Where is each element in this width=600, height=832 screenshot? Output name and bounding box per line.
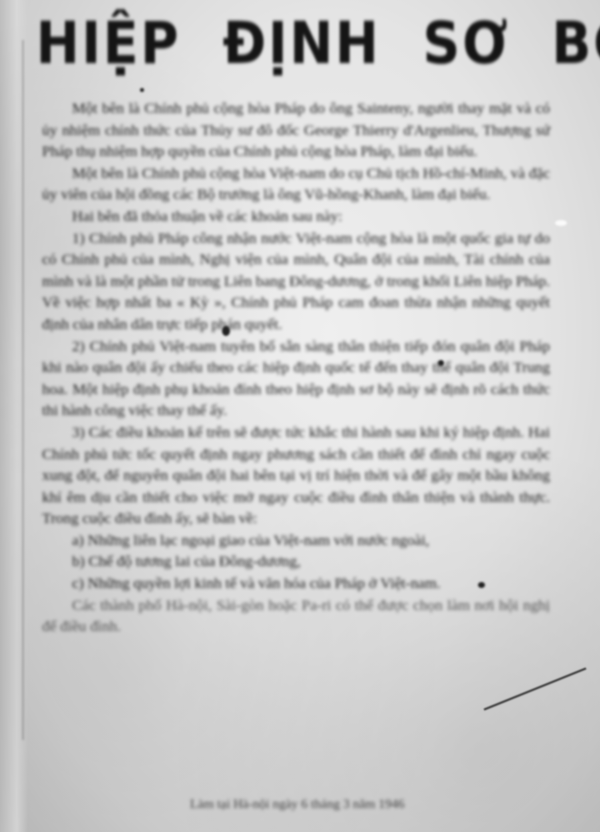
article-3: 3) Các điều khoản kể trên sẽ được tức kh…: [42, 422, 550, 530]
page-fold-line: [22, 40, 24, 740]
document-title: HIỆP ĐỊNH SƠ BỘ: [36, 10, 566, 77]
article-3-item-c: c) Những quyền lợi kinh tế và văn hóa củ…: [42, 573, 550, 595]
signature-date-line: Làm tại Hà-nội ngày 6 tháng 3 năm 1946: [190, 796, 404, 812]
ink-blot: [478, 582, 485, 588]
document-body: Một bên là Chính phủ cộng hòa Pháp do ôn…: [42, 98, 550, 638]
article-2: 2) Chính phủ Việt-nam tuyên bố sẵn sàng …: [42, 336, 550, 422]
intro-paragraph-french-party: Một bên là Chính phủ cộng hòa Pháp do ôn…: [42, 98, 550, 163]
ink-blot: [222, 326, 230, 336]
light-spot: [555, 220, 567, 226]
pen-stroke-mark: [484, 667, 587, 710]
article-3-item-a: a) Những liên lạc ngoại giao của Việt-na…: [42, 530, 550, 552]
ink-blot: [438, 360, 444, 366]
ink-blot: [140, 88, 144, 92]
article-3-item-b: b) Chế độ tương lai của Đông-dương,: [42, 551, 550, 573]
intro-paragraph-agreement: Hai bên đã thỏa thuận về các khoản sau n…: [42, 206, 550, 228]
document-photo: HIỆP ĐỊNH SƠ BỘ Một bên là Chính phủ cộn…: [0, 0, 600, 832]
intro-paragraph-vietnam-party: Một bên là Chính phủ cộng hòa Việt-nam d…: [42, 163, 550, 206]
article-1: 1) Chính phủ Pháp công nhận nước Việt-na…: [42, 228, 550, 336]
closing-paragraph: Các thành phố Hà-nội, Sài-gòn hoặc Pa-ri…: [42, 595, 550, 638]
